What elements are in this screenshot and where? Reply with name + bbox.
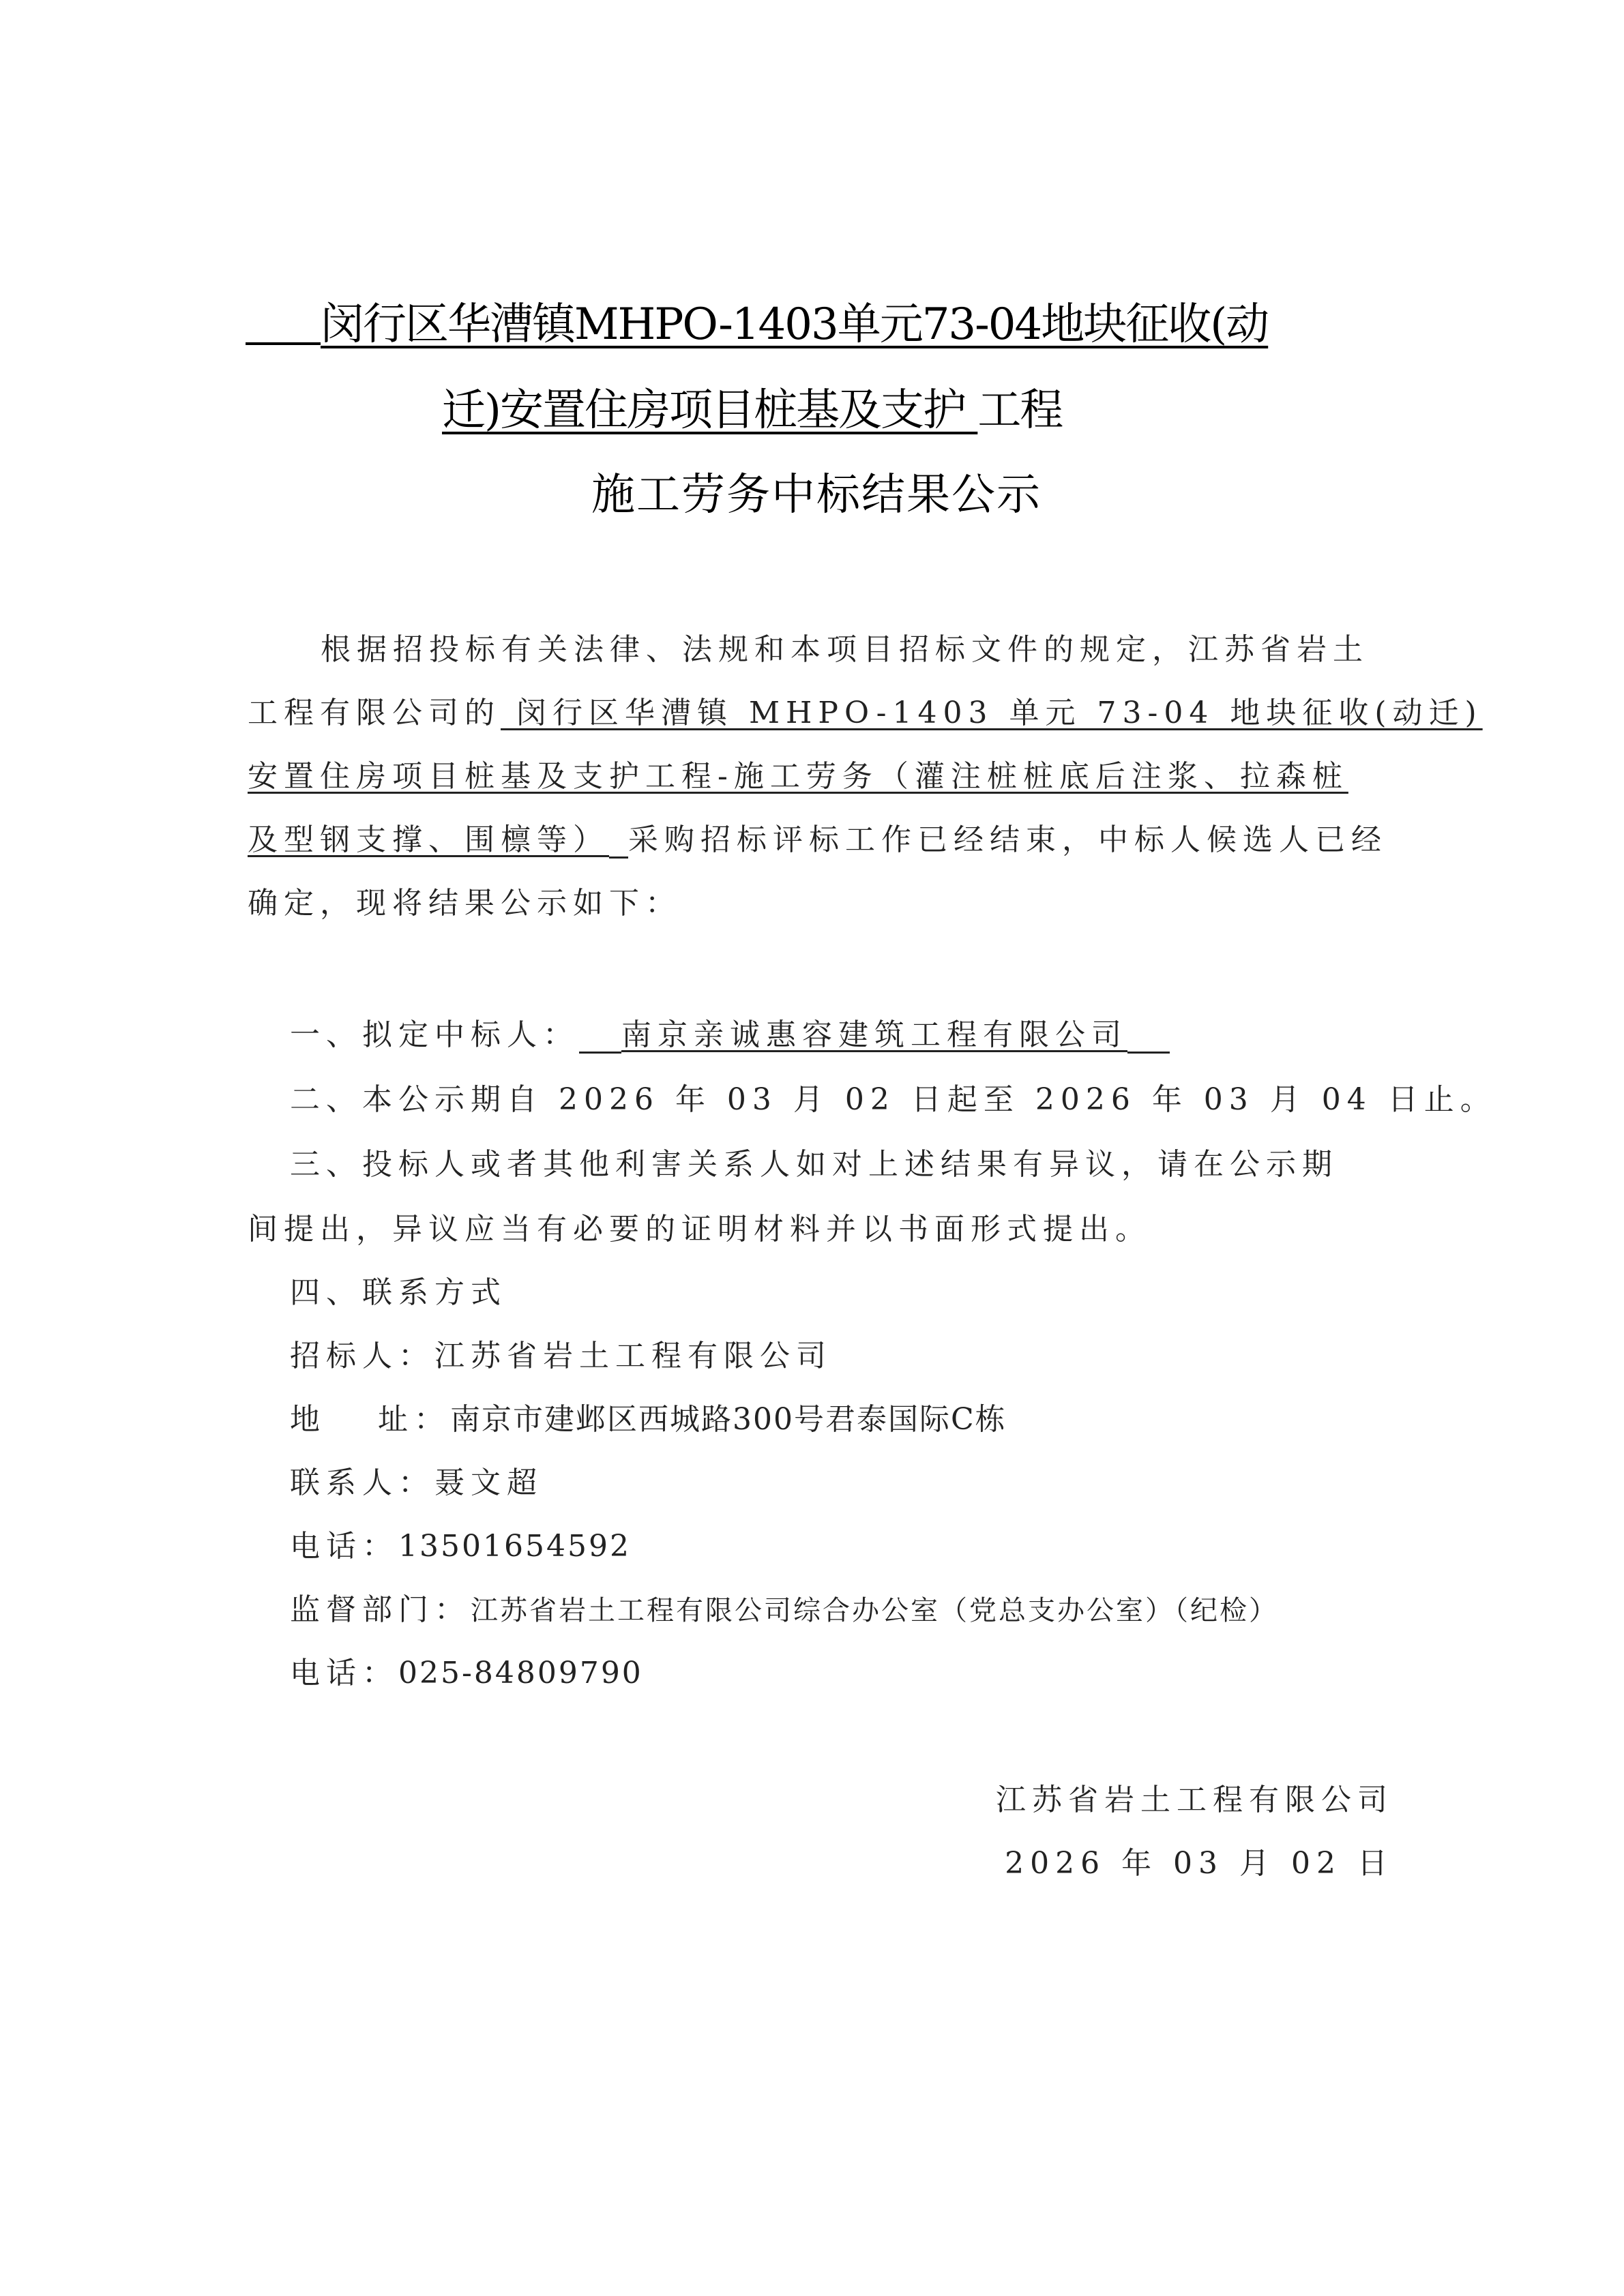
supervisor-value: 江苏省岩土工程有限公司综合办公室（党总支办公室）（纪检） [471,1595,1278,1626]
signature-company: 江苏省岩土工程有限公司 [996,1781,1393,1819]
section-3-line-2: 间提出，异议应当有必要的证明材料并以书面形式提出。 [248,1210,1151,1249]
supervisor-label: 监督部门： [290,1592,471,1627]
supervisor-phone-value: 025-84809790 [398,1656,643,1690]
contact-address: 地 址：南京市建邺区西城路300号君泰国际C栋 [290,1401,1007,1439]
winner-name: 南京亲诚惠容建筑工程有限公司 [621,1017,1127,1052]
title-line-2-underlined: 迁)安置住房项目桩基及支护 [442,385,977,436]
intro-line-4-plain: 采购招标评标工作已经结束，中标人候选人已经 [628,822,1387,857]
underline-pad [579,1016,621,1054]
intro-project-name: 闵行区华漕镇 MHPO-1403 单元 73-04 地块征收(动迁) [501,696,1483,730]
section-1-winner: 一、拟定中标人：南京亲诚惠容建筑工程有限公司 [290,1016,1170,1054]
intro-project-name-cont: 安置住房项目桩基及支护工程-施工劳务（灌注桩桩底后注浆、拉森桩 [248,759,1348,794]
section-3-line-1: 三、投标人或者其他利害关系人如对上述结果有异议，请在公示期 [290,1146,1338,1184]
intro-line-3: 安置住房项目桩基及支护工程-施工劳务（灌注桩桩底后注浆、拉森桩 [248,758,1348,796]
tenderer-label: 招标人： [290,1339,434,1373]
intro-project-name-end: 及型钢支撑、围檩等） [248,822,609,857]
intro-line-5: 确定，现将结果公示如下： [248,884,681,923]
winner-label: 一、拟定中标人： [290,1017,579,1052]
contact-person-label: 联系人： [290,1465,434,1500]
intro-line-2: 工程有限公司的 闵行区华漕镇 MHPO-1403 单元 73-04 地块征收(动… [248,694,1483,732]
contact-person-value: 聂文超 [434,1465,543,1500]
contact-person: 联系人：聂文超 [290,1464,543,1502]
contact-supervisor-phone: 电话：025-84809790 [290,1654,643,1693]
contact-supervisor: 监督部门：江苏省岩土工程有限公司综合办公室（党总支办公室）（纪检） [290,1591,1278,1630]
title-line-1-text: 闵行区华漕镇MHPO-1403单元73-04地块征收(动 [321,299,1268,350]
supervisor-phone-label: 电话： [290,1656,398,1690]
title-line-2: 迁)安置住房项目桩基及支护 工程 [442,386,1062,435]
signature-date: 2026 年 03 月 02 日 [1005,1845,1393,1883]
title-underline-lead [246,300,321,345]
address-label: 地 址： [290,1402,450,1437]
contact-phone: 电话：13501654592 [290,1527,631,1566]
contact-tenderer: 招标人：江苏省岩土工程有限公司 [290,1337,832,1375]
section-4-heading: 四、联系方式 [290,1274,507,1312]
title-line-2-plain: 工程 [977,385,1062,436]
title-line-1: 闵行区华漕镇MHPO-1403单元73-04地块征收(动 [246,300,1355,349]
phone-value: 13501654592 [398,1529,631,1564]
title-line-3: 施工劳务中标结果公示 [591,471,1042,520]
intro-line-4: 及型钢支撑、围檩等）采购招标评标工作已经结束，中标人候选人已经 [248,821,1387,859]
document-page: 闵行区华漕镇MHPO-1403单元73-04地块征收(动 迁)安置住房项目桩基及… [0,0,1624,2296]
intro-line-2-plain: 工程有限公司的 [248,696,501,730]
underline-pad [609,821,628,859]
tenderer-value: 江苏省岩土工程有限公司 [434,1339,832,1373]
section-2-period: 二、本公示期自 2026 年 03 月 02 日起至 2026 年 03 月 0… [290,1081,1496,1119]
phone-label: 电话： [290,1529,398,1564]
address-value: 南京市建邺区西城路300号君泰国际C栋 [450,1402,1007,1437]
intro-line-1: 根据招投标有关法律、法规和本项目招标文件的规定，江苏省岩土 [321,631,1369,669]
underline-pad [1127,1016,1170,1054]
